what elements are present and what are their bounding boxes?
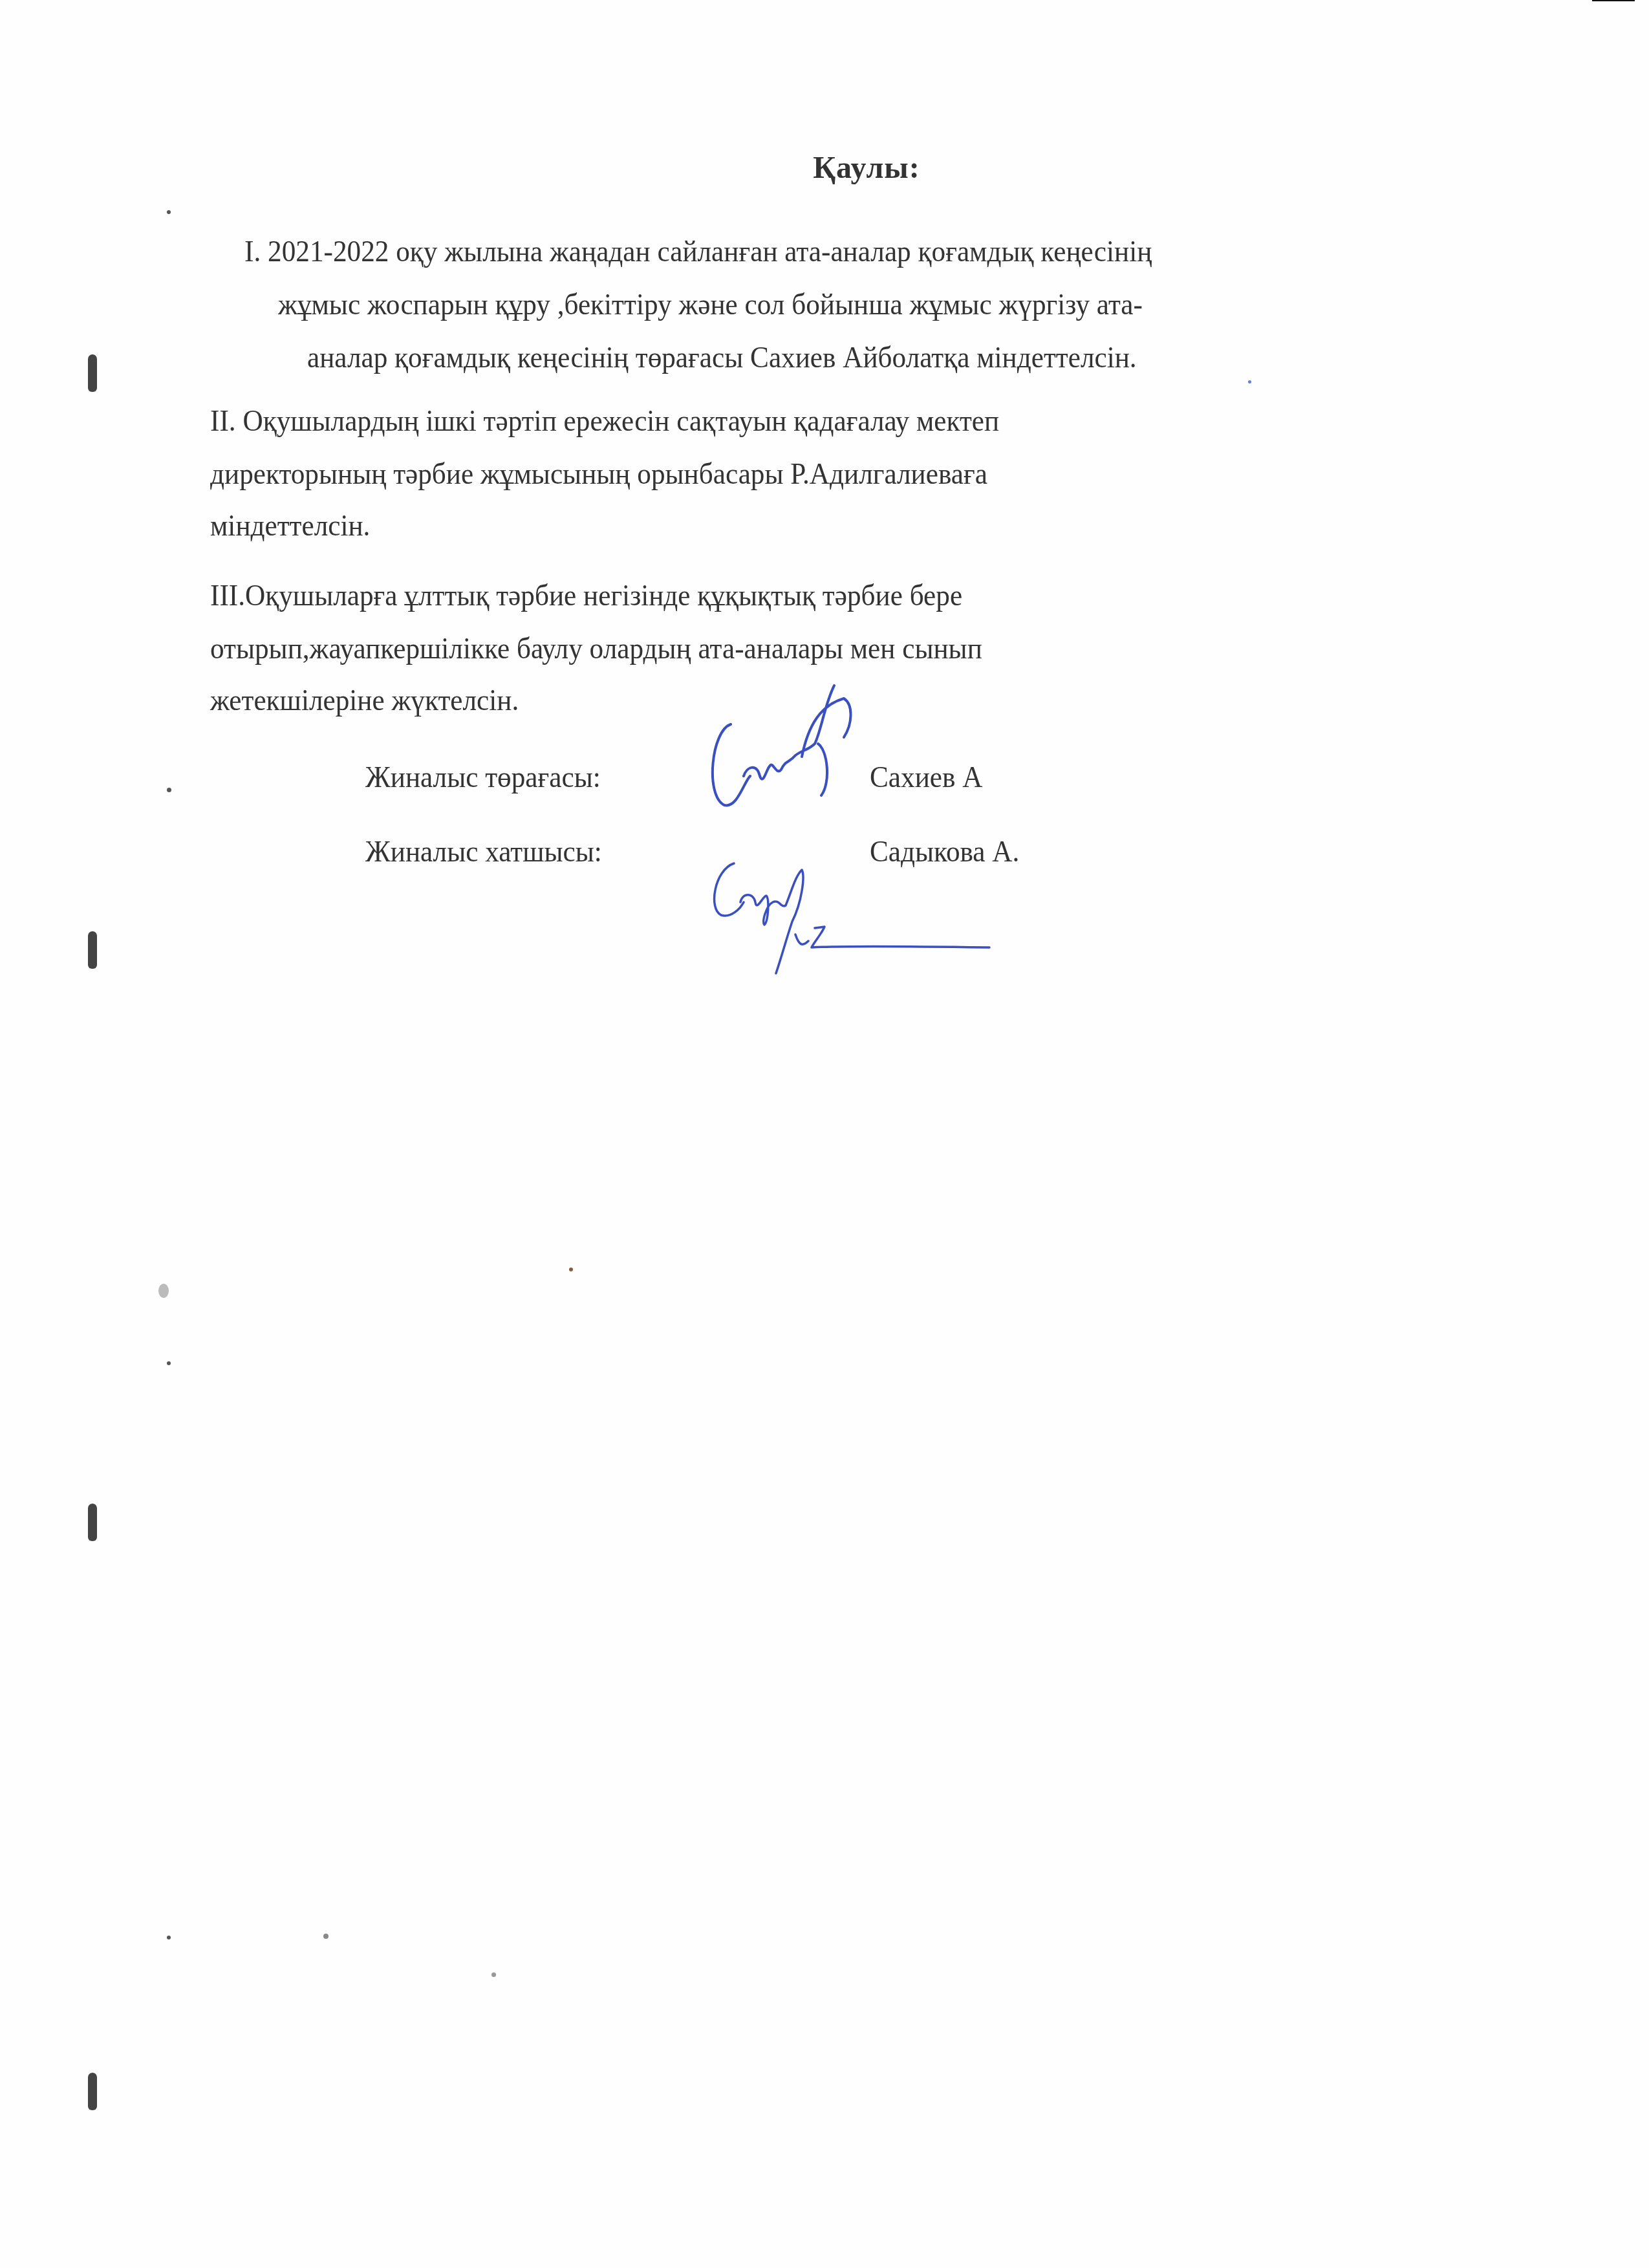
- resolution-1-line-1: I. 2021-2022 оқу жылына жаңадан сайланға…: [244, 237, 1152, 267]
- chairperson-role: Жиналыс төрағасы:: [365, 760, 601, 795]
- scan-speck: [1248, 380, 1251, 383]
- resolution-2-line-1: II. Оқушылардың ішкі тәртіп ережесін сақ…: [210, 406, 999, 437]
- scan-speck: [167, 1361, 171, 1365]
- punch-hole-mark: [88, 2073, 97, 2110]
- scan-speck: [167, 1936, 171, 1939]
- resolution-3-line-3: жетекшілеріне жүктелсін.: [210, 686, 519, 716]
- scan-speck: [491, 1972, 496, 1977]
- scan-smudge: [158, 1284, 169, 1298]
- scan-speck: [323, 1934, 329, 1939]
- secretary-role: Жиналыс хатшысы:: [365, 834, 602, 869]
- document-title: Қаулы:: [0, 150, 1649, 186]
- scan-edge-mark: [1592, 0, 1635, 1]
- scanned-page: Қаулы: I. 2021-2022 оқу жылына жаңадан с…: [0, 0, 1649, 2268]
- scan-speck: [167, 788, 171, 792]
- punch-hole-mark: [88, 1504, 97, 1541]
- resolution-1-line-2: жұмыс жоспарын құру ,бекіттіру және сол …: [278, 290, 1143, 320]
- scan-speck: [569, 1268, 573, 1271]
- chairperson-signature: [705, 679, 886, 818]
- scan-speck: [167, 210, 171, 214]
- punch-hole-mark: [88, 931, 97, 969]
- punch-hole-mark: [88, 354, 97, 392]
- resolution-3-line-1: III.Оқушыларға ұлттық тәрбие негізінде қ…: [210, 581, 962, 611]
- resolution-2-line-3: міндеттелсін.: [210, 511, 370, 541]
- resolution-3-line-2: отырып,жауапкершілікке баулу олардың ата…: [210, 634, 982, 664]
- secretary-signature: [705, 850, 1002, 983]
- resolution-2-line-2: директорының тәрбие жұмысының орынбасары…: [210, 459, 987, 490]
- chairperson-name: Сахиев А: [870, 760, 982, 795]
- resolution-1-line-3: аналар қоғамдық кеңесінің төрағасы Сахие…: [307, 343, 1137, 373]
